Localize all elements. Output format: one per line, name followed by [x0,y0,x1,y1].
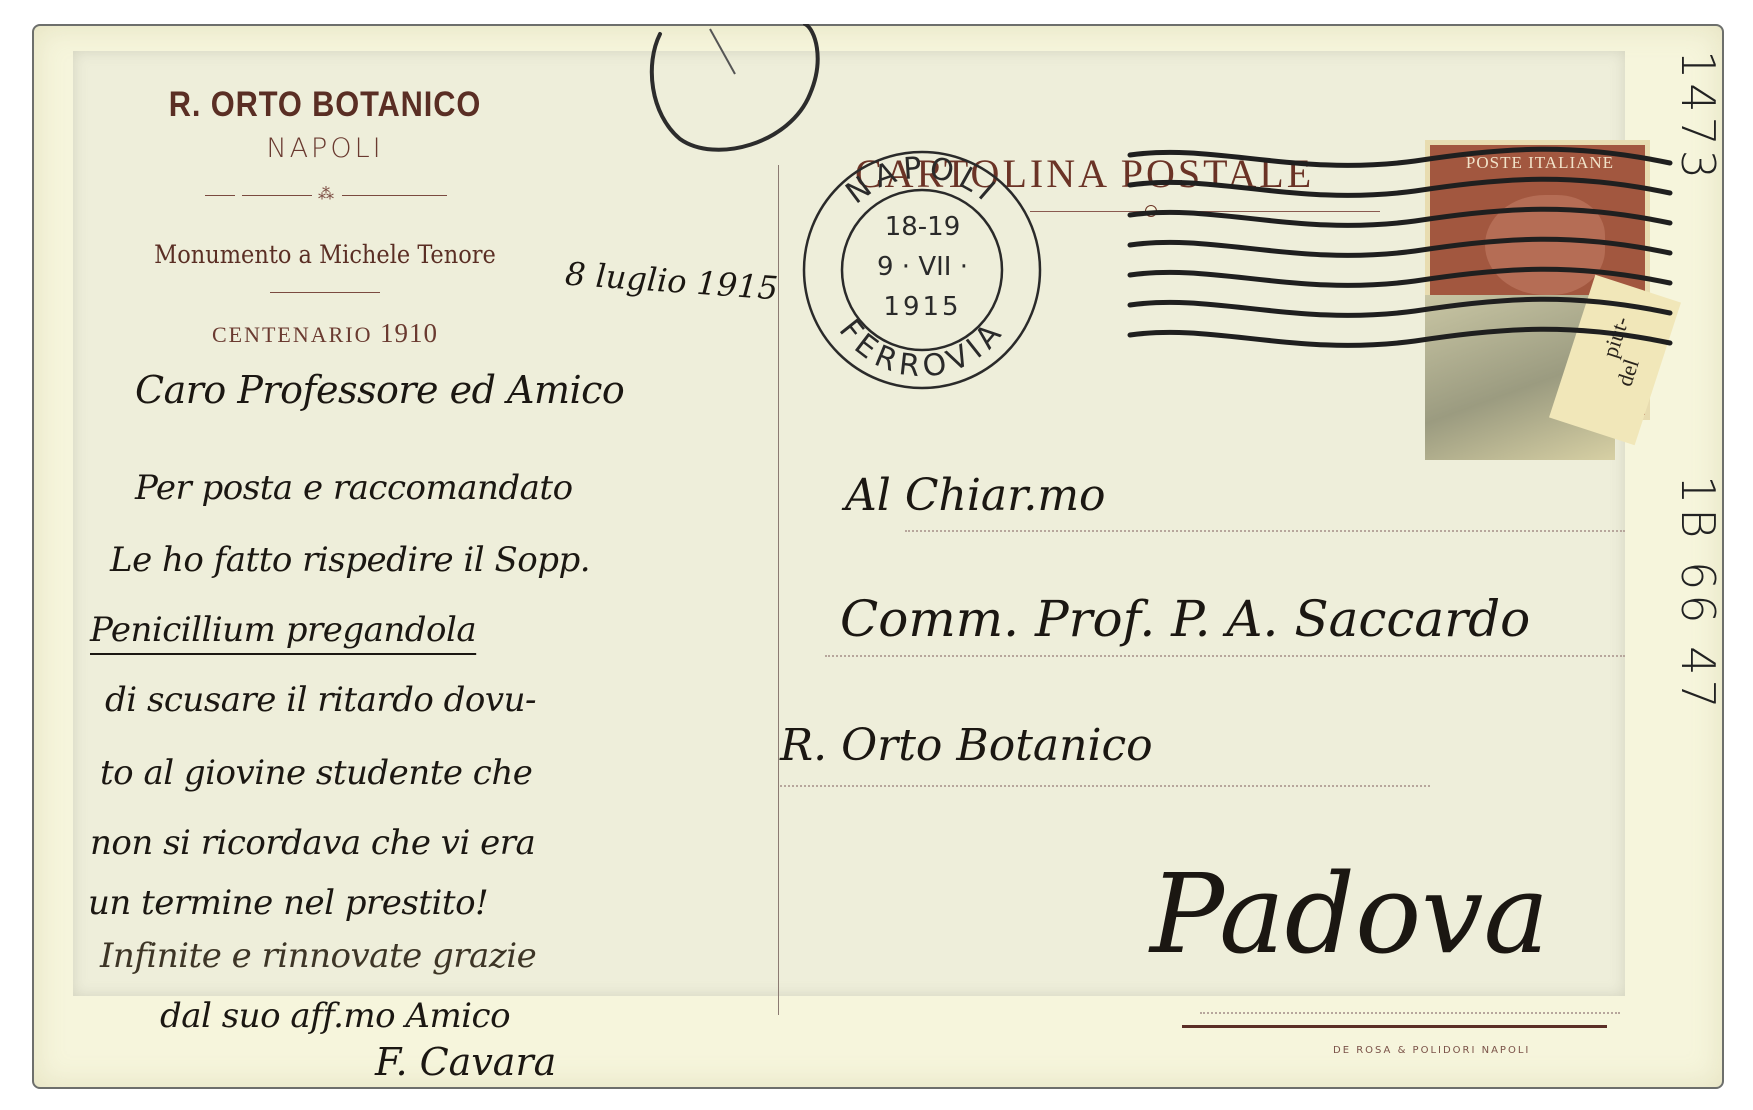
wavy-cancellation [1125,140,1675,370]
message-line: Infinite e rinnovate grazie [100,936,536,976]
postmark-year: 1915 [800,292,1045,322]
message-line: Caro Professore ed Amico [135,368,624,412]
address-line-rule [780,785,1430,787]
postmark-date: 9 · VII · [800,252,1045,282]
message-line: Per posta e raccomandato [135,468,573,508]
letterhead-subtitle: Monumento a Michele Tenore [90,240,560,269]
letterhead-rule [270,292,380,293]
printer-imprint: DE ROSA & POLIDORI NAPOLI [1333,1045,1530,1056]
letterhead-ornament: ⁂ [170,188,480,204]
margin-note: 1473 [1671,50,1725,183]
message-line: Le ho fatto rispedire il Sopp. [110,540,590,580]
address-line-rule [825,655,1625,657]
message-line: dal suo aff.mo Amico [160,996,510,1036]
centenary-label: CENTENARIO [212,322,373,347]
address-line: R. Orto Botanico [780,720,1153,771]
bottom-rule [1182,1025,1607,1028]
message-line: un termine nel prestito! [88,883,488,923]
address-line: Al Chiar.mo [845,470,1106,521]
address-line-rule [905,530,1625,532]
address-line-rule [1200,1012,1620,1014]
partial-cancel-mark [640,24,840,154]
message-line: Penicillium pregandola [90,610,476,650]
message-line: di scusare il ritardo dovu- [105,680,536,720]
letterhead-centenary: CENTENARIO 1910 [120,318,530,349]
signature: F. Cavara [375,1040,556,1084]
fleuron-icon: ⁂ [318,184,334,203]
postmark: NAPOLI FERROVIA 18-19 9 · VII · 1915 [800,148,1045,393]
margin-note: 1B 66 47 [1671,475,1725,713]
message-line: to al giovine studente che [100,753,532,793]
svg-text:FERROVIA: FERROVIA [832,313,1012,385]
centenary-year: 1910 [380,318,438,348]
letterhead-institution: R. ORTO BOTANICO [118,85,532,125]
address-line: Comm. Prof. P. A. Saccardo [840,590,1530,648]
address-city: Padova [1150,850,1549,978]
postmark-hours: 18-19 [800,212,1045,242]
message-line: non si ricordava che vi era [90,823,535,863]
letterhead-city: NAPOLI [170,133,480,164]
postcard-divider [778,165,779,1015]
svg-text:NAPOLI: NAPOLI [839,150,1005,211]
